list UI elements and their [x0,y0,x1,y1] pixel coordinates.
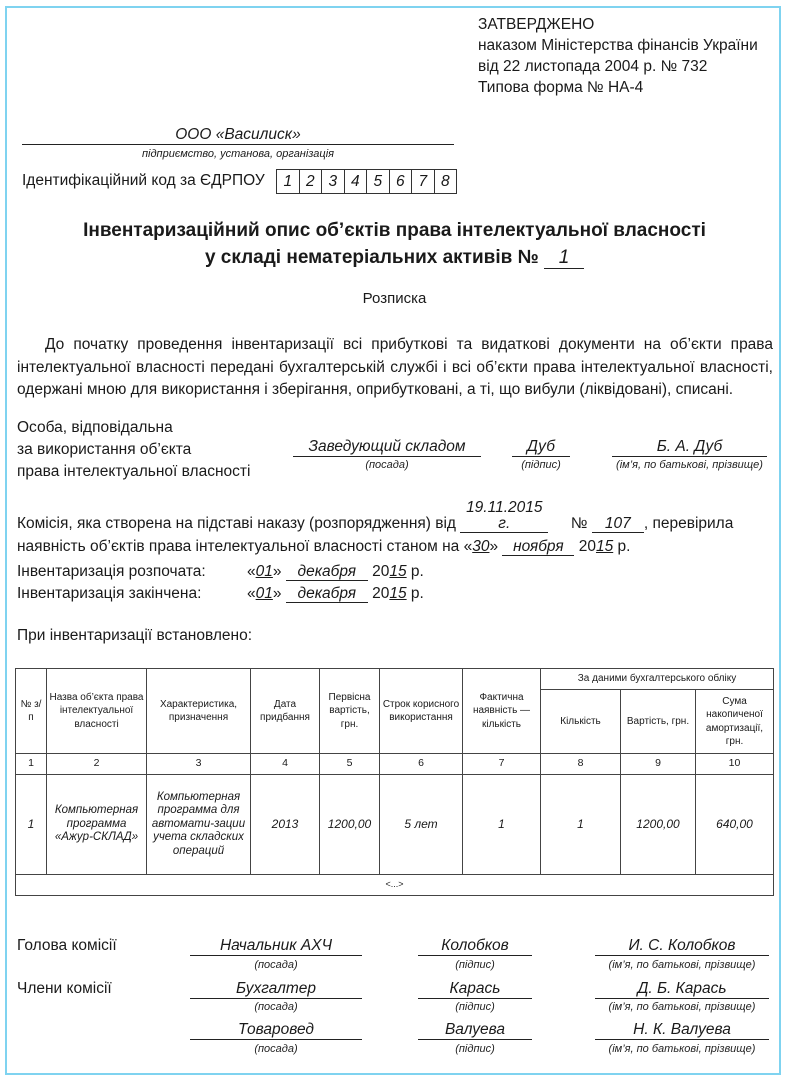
quote-open: « [247,585,256,602]
edrpou-digit: 5 [367,170,390,193]
inventory-end: Інвентаризація закінчена:«01» декабря 20… [17,585,424,603]
approval-line: від 22 листопада 2004 р. № 732 [478,56,758,77]
edrpou-digit: 8 [435,170,457,193]
signature-caption: (підпис) [418,1043,532,1055]
header-acquired: Дата придбання [251,669,320,754]
position-caption: (посада) [190,1043,362,1055]
header-actual-qty: Фактична наявність — кількість [463,669,541,754]
header-useful-life: Строк корисного використання [380,669,463,754]
column-number: 8 [541,754,621,775]
approval-line: наказом Міністерства фінансів України [478,35,758,56]
chair-name: И. С. Колобков [595,937,769,956]
end-year: 15 [389,585,406,602]
organization-name: ООО «Василиск» [22,128,454,145]
member-signature: Карась [418,980,532,999]
column-number: 5 [320,754,380,775]
table-row: 1 Компьютерная программа «Ажур-СКЛАД» Ко… [16,775,774,875]
edrpou-digit: 6 [390,170,413,193]
edrpou-digit: 4 [345,170,368,193]
name-caption: (ім’я, по батькові, прізвище) [590,1001,774,1013]
inventory-start: Інвентаризація розпочата:«01» декабря 20… [17,563,424,581]
ellipsis-row: <...> [16,875,774,896]
header-initial-cost: Первісна вартість, грн. [320,669,380,754]
edrpou-digit: 1 [277,170,300,193]
responsible-full-name: Б. А. Дуб [612,438,767,457]
member-position: Бухгалтер [190,980,362,999]
edrpou-digit: 7 [412,170,435,193]
commission-line-1: Комісія, яка створена на підставі наказу… [17,500,773,536]
header-amortization: Сума накопиченої амортизації, грн. [696,690,774,754]
quote-open: « [247,563,256,580]
established-label: При інвентаризації встановлено: [17,627,252,645]
position-caption: (посада) [190,959,362,971]
order-number-label: № [571,515,588,532]
column-number: 1 [16,754,47,775]
as-of-year: 15 [596,538,613,555]
end-month: декабря [286,586,368,603]
chair-label: Голова комісії [17,937,117,955]
column-number: 4 [251,754,320,775]
column-number: 6 [380,754,463,775]
cell-book-qty: 1 [541,775,621,875]
cell-acquired: 2013 [251,775,320,875]
edrpou-digit: 3 [322,170,345,193]
responsible-label-line: Особа, відповідальна [17,417,250,439]
commission-text: Комісія, яка створена на підставі наказу… [17,500,773,558]
responsible-label-line: права інтелектуальної власності [17,461,250,483]
signature-caption: (підпис) [418,959,532,971]
commission-text-2: , перевірила [644,515,734,532]
position-caption: (посада) [190,1001,362,1013]
year-prefix: 20 [579,538,596,555]
header-no: № з/п [16,669,47,754]
end-day: 01 [256,585,273,602]
year-prefix: 20 [372,563,389,580]
header-accounting-group: За даними бухгалтерського обліку [541,669,774,690]
signature-caption: (підпис) [418,1001,532,1013]
column-numbers-row: 1 2 3 4 5 6 7 8 9 10 [16,754,774,775]
year-prefix: 20 [372,585,389,602]
signature-caption: (підпис) [500,459,582,471]
order-number: 107 [592,516,644,533]
ellipsis: <...> [16,875,774,896]
cell-amortization: 640,00 [696,775,774,875]
start-year: 15 [389,563,406,580]
name-caption: (ім’я, по батькові, прізвище) [590,1043,774,1055]
start-day: 01 [256,563,273,580]
cell-initial-cost: 1200,00 [320,775,380,875]
column-number: 2 [47,754,147,775]
year-end: р. [407,585,424,602]
commission-text-4: » [489,538,498,555]
year-end: р. [613,538,630,555]
responsible-signature: Дуб [512,438,570,457]
commission-text-3: наявність об’єктів права інтелектуальної… [17,538,472,555]
member-position: Товаровед [190,1021,362,1040]
column-number: 10 [696,754,774,775]
quote-close: » [273,563,282,580]
as-of-month: ноября [502,539,574,556]
order-date: 19.11.2015 г. [460,500,548,533]
title-line-2-text: у складі нематеріальних активів № [205,247,539,268]
name-caption: (ім’я, по батькові, прізвище) [602,459,777,471]
cell-book-cost: 1200,00 [621,775,696,875]
as-of-day: 30 [472,538,489,555]
receipt-text: До початку проведення інвентаризації всі… [17,334,773,402]
column-number: 9 [621,754,696,775]
title-line-2: у складі нематеріальних активів № 1 [0,244,789,271]
approval-line: ЗАТВЕРДЖЕНО [478,14,758,35]
document-title: Інвентаризаційний опис об’єктів права ін… [0,217,789,271]
year-end: р. [407,563,424,580]
commission-text-1: Комісія, яка створена на підставі наказу… [17,515,456,532]
organization-caption: підприємство, установа, організація [22,148,454,160]
name-caption: (ім’я, по батькові, прізвище) [590,959,774,971]
receipt-title: Розписка [0,290,789,307]
edrpou-label: Ідентифікаційний код за ЄДРПОУ [22,172,265,190]
header-book-cost: Вартість, грн. [621,690,696,754]
chair-signature: Колобков [418,937,532,956]
responsible-label: Особа, відповідальна за використання об’… [17,417,250,483]
position-caption: (посада) [293,459,481,471]
edrpou-code-boxes: 1 2 3 4 5 6 7 8 [276,169,457,194]
inventory-table: № з/п Назва об’єкта права інтелектуально… [15,668,774,896]
edrpou-digit: 2 [300,170,323,193]
quote-close: » [273,585,282,602]
members-label: Члени комісії [17,980,112,998]
cell-no: 1 [16,775,47,875]
document-number: 1 [544,248,584,269]
cell-actual-qty: 1 [463,775,541,875]
commission-line-2: наявність об’єктів права інтелектуальної… [17,536,773,559]
cell-description: Компьютерная программа для автомати-заци… [147,775,251,875]
header-book-qty: Кількість [541,690,621,754]
title-line-1: Інвентаризаційний опис об’єктів права ін… [0,217,789,244]
inventory-start-label: Інвентаризація розпочата: [17,563,247,581]
responsible-position: Заведующий складом [293,438,481,457]
header-name: Назва об’єкта права інтелектуальної влас… [47,669,147,754]
inventory-end-label: Інвентаризація закінчена: [17,585,247,603]
member-name: Н. К. Валуева [595,1021,769,1040]
responsible-label-line: за використання об’єкта [17,439,250,461]
start-month: декабря [286,564,368,581]
approval-line: Типова форма № НА-4 [478,77,758,98]
approval-block: ЗАТВЕРДЖЕНО наказом Міністерства фінансі… [478,14,758,98]
cell-useful-life: 5 лет [380,775,463,875]
column-number: 3 [147,754,251,775]
header-description: Характеристика, призначення [147,669,251,754]
member-name: Д. Б. Карась [595,980,769,999]
chair-position: Начальник АХЧ [190,937,362,956]
column-number: 7 [463,754,541,775]
member-signature: Валуева [418,1021,532,1040]
receipt-body: До початку проведення інвентаризації всі… [17,336,773,398]
cell-name: Компьютерная программа «Ажур-СКЛАД» [47,775,147,875]
